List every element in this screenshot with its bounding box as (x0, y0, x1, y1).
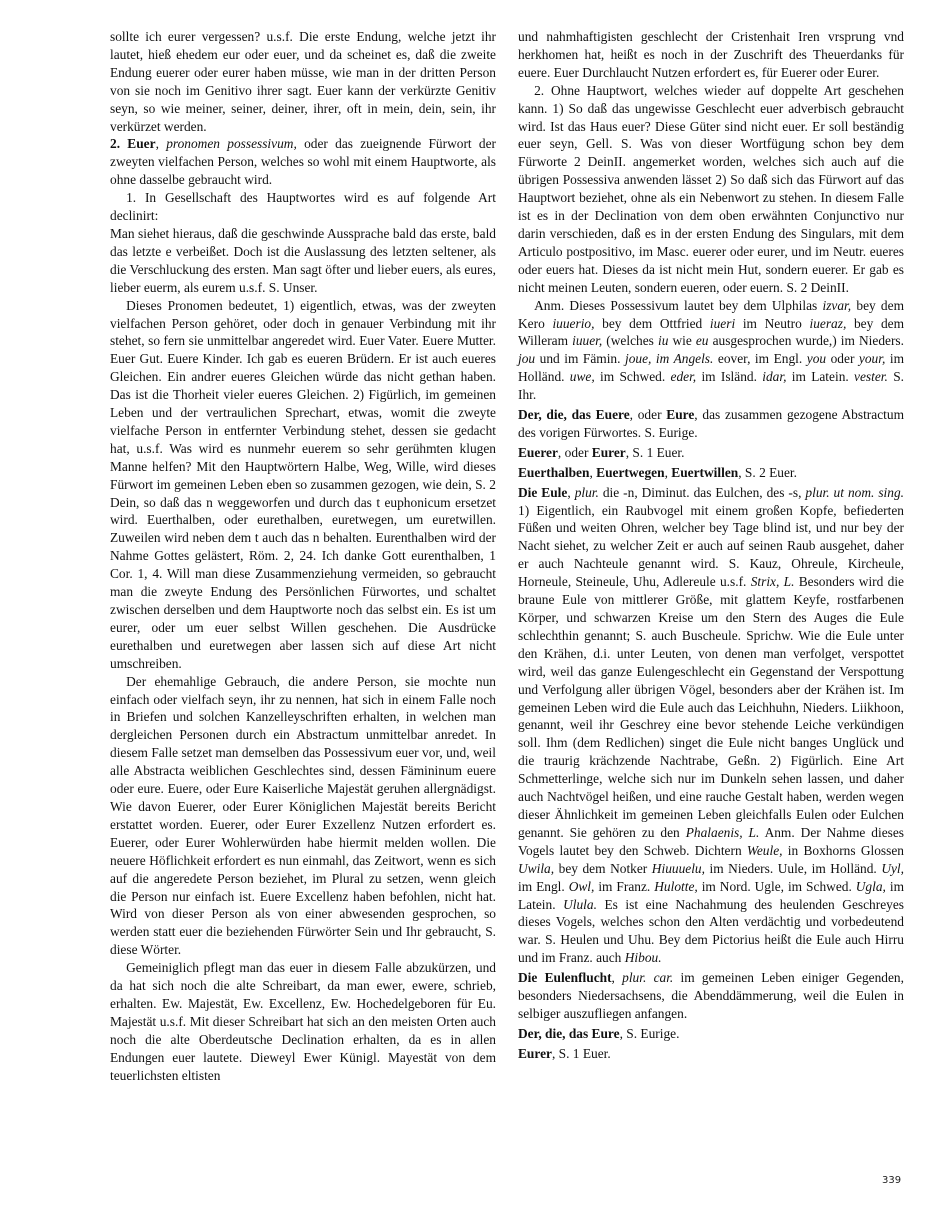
entry-euere: Der, die, das Euere, oder Eure, das zusa… (518, 406, 904, 442)
paragraph: 1. In Gesellschaft des Hauptwortes wird … (110, 189, 496, 225)
paragraph: Dieses Pronomen bedeutet, 1) eigentlich,… (110, 297, 496, 673)
left-column: sollte ich eurer vergessen? u.s.f. Die e… (110, 28, 496, 1084)
headword: Die Eulenflucht (518, 970, 612, 985)
page-number: 339 (882, 1172, 901, 1190)
entry-eulenflucht: Die Eulenflucht, plur. car. im gemeinen … (518, 969, 904, 1023)
grammar-note: pronomen possessivum, (166, 136, 297, 151)
headword: Euerer (518, 445, 558, 460)
headword: Euertwegen (596, 465, 664, 480)
headword: Eurer (518, 1046, 552, 1061)
dictionary-page: sollte ich eurer vergessen? u.s.f. Die e… (0, 0, 935, 1210)
anm-paragraph: Anm. Dieses Possessivum lautet bey dem U… (518, 297, 904, 404)
paragraph: Der ehemahlige Gebrauch, die andere Pers… (110, 673, 496, 960)
entry-eure: Der, die, das Eure, S. Eurige. (518, 1025, 904, 1043)
paragraph: Gemeiniglich pflegt man das euer in dies… (110, 959, 496, 1084)
headword: 2. Euer (110, 136, 156, 151)
headword: Eure (666, 407, 694, 422)
headword: Euerthalben (518, 465, 589, 480)
paragraph: Man siehet hieraus, daß die geschwinde A… (110, 225, 496, 297)
headword: Euertwillen (671, 465, 738, 480)
paragraph: 2. Ohne Hauptwort, welches wieder auf do… (518, 82, 904, 297)
headword: Der, die, das Euere (518, 407, 630, 422)
entry-eurer: Eurer, S. 1 Euer. (518, 1045, 904, 1063)
right-column: und nahmhaftigisten geschlecht der Crist… (518, 28, 904, 1063)
paragraph: und nahmhaftigisten geschlecht der Crist… (518, 28, 904, 82)
headword: Die Eule (518, 485, 567, 500)
entry-eule: Die Eule, plur. die -n, Diminut. das Eul… (518, 484, 904, 967)
headword: Der, die, das Eure (518, 1026, 620, 1041)
entry-euerer: Euerer, oder Eurer, S. 1 Euer. (518, 444, 904, 462)
paragraph: sollte ich eurer vergessen? u.s.f. Die e… (110, 28, 496, 135)
headword: Eurer (592, 445, 626, 460)
entry-euerthalben: Euerthalben, Euertwegen, Euertwillen, S.… (518, 464, 904, 482)
entry-euer-2: 2. Euer, pronomen possessivum, oder das … (110, 135, 496, 189)
